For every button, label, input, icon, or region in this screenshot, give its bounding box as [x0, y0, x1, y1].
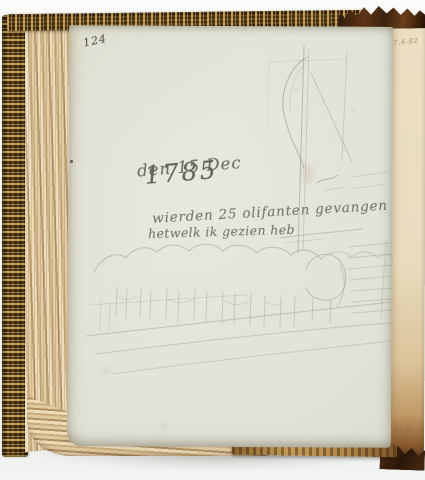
gilt-tooled-left-edge	[2, 15, 28, 457]
handwritten-line-3: hetwelk ik gezien heb	[148, 222, 295, 241]
date-year: 1785	[143, 155, 219, 190]
inscription-bottom-right: 113	[394, 426, 410, 434]
photo-backdrop: 7.4-82 113 124 den 15 Dec1785 wierden 25…	[0, 0, 425, 480]
page-number: 124	[82, 32, 108, 50]
sketchbook-page: 124 den 15 Dec1785 wierden 25 olifanten …	[67, 25, 393, 448]
ink-speck	[70, 160, 73, 163]
inscription-top-right: 7.4-82	[393, 37, 419, 47]
facing-page-sliver: 7.4-82 113	[388, 22, 425, 458]
